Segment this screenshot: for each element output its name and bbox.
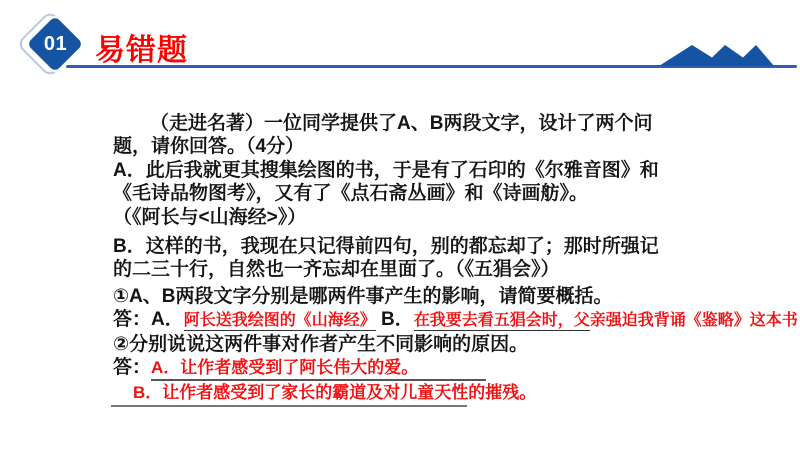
passage-a-text-2: 《毛诗品物图考》，又有了《点石斋丛画》和《诗画舫》。 [113,183,588,204]
mountains-decoration-icon [655,43,777,67]
question-block: （走进名著）一位同学提供了A、B两段文字，设计了两个问 题，请你回答。（4分） … [113,112,713,407]
slide-canvas: { "header": { "badge_number": "01", "tit… [0,0,800,449]
answer-2b-text: B．让作者感受到了家长的霸道及对儿童天性的摧残。 [133,383,536,402]
intro-line-2: 题，请你回答。（4分） [113,135,713,158]
passage-b-line-1: B．这样的书，我现在只记得前四句，别的都忘却了；那时所强记 [113,235,713,258]
passage-a-line-2: 《毛诗品物图考》，又有了《点石斋丛画》和《诗画舫》。 [113,182,713,205]
passage-a-text-1: A．此后我就更其搜集绘图的书，于是有了石印的《尔雅音图》和 [113,160,659,181]
answer-1b-rest-text: 亲强迫我背诵《鉴略》这本书 [590,312,798,329]
answer-blank-a: A．让作者感受到了阿长伟大的爱。 [151,356,486,381]
section-number-badge: 01 [18,11,88,79]
answer-blank-b: B．让作者感受到了家长的霸道及对儿童天性的摧残。 [111,381,467,406]
answer-1b-label: B． [381,309,414,330]
question-1-text: ①A、B两段文字分别是哪两件事产生的影响，请简要概括。 [113,286,613,307]
answer-1-prefix: 答：A． [113,309,184,330]
passage-b-line-2: 的二三十行，自然也一齐忘却在里面了。（《五猖会》） [113,258,713,281]
answer-2-prefix: 答： [113,357,151,378]
passage-b-text-2: 的二三十行，自然也一齐忘却在里面了。（《五猖会》） [113,259,560,280]
answer-2a-text: A．让作者感受到了阿长伟大的爱。 [151,358,418,377]
answer-2b-line: B．让作者感受到了家长的霸道及对儿童天性的摧残。 [113,381,713,406]
answer-1b-underlined-text: 在我要去看五猖会时，父 [414,312,590,331]
intro-line-1: （走进名著）一位同学提供了A、B两段文字，设计了两个问 [113,112,713,135]
intro-text-1: （走进名著）一位同学提供了A、B两段文字，设计了两个问 [150,113,652,134]
question-1: ①A、B两段文字分别是哪两件事产生的影响，请简要概括。 [113,285,713,308]
passage-a-line-1: A．此后我就更其搜集绘图的书，于是有了石印的《尔雅音图》和 [113,159,713,182]
answer-1a-text: 阿长送我绘图的《山海经》 [184,312,376,331]
question-2: ②分别说说这两件事对作者产生不同影响的原因。 [113,333,713,356]
passage-a-source: （《阿长与<山海经>》） [113,206,713,229]
badge-number: 01 [33,22,78,67]
passage-b-text-1: B．这样的书，我现在只记得前四句，别的都忘却了；那时所强记 [113,236,659,257]
question-2-text: ②分别说说这两件事对作者产生不同影响的原因。 [113,334,528,355]
answer-1-line: 答：A．阿长送我绘图的《山海经》 B．在我要去看五猖会时，父亲强迫我背诵《鉴略》… [113,308,713,332]
passage-a-source-text: （《阿长与<山海经>》） [113,207,306,228]
answer-2a-line: 答：A．让作者感受到了阿长伟大的爱。 [113,356,713,381]
page-title: 易错题 [95,25,188,69]
intro-text-2: 题，请你回答。（4分） [113,136,304,157]
